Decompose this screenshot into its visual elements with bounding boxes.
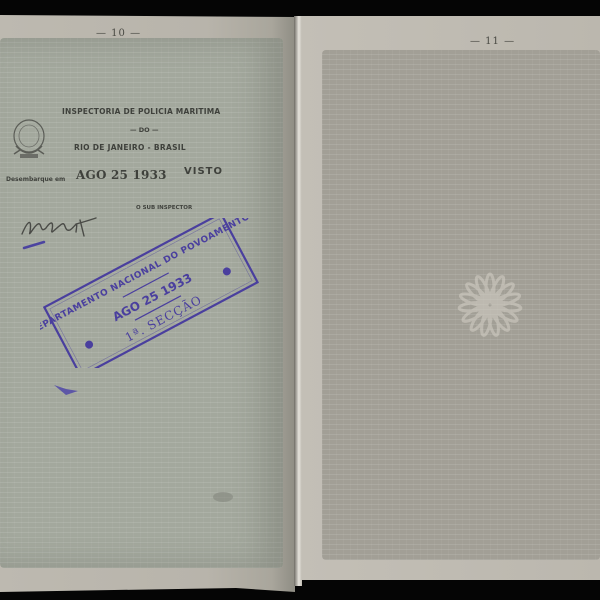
inspector-label: O SUB INSPECTOR — [136, 205, 192, 211]
police-stamp-connector: — DO — — [130, 126, 158, 134]
ink-mark — [52, 383, 82, 397]
paper-stain — [210, 490, 236, 504]
departamento-povoamento-stamp: DEPARTAMENTO NACIONAL DO POVOAMENTO AGO … — [40, 218, 260, 368]
coat-of-arms-icon — [8, 116, 50, 164]
police-stamp-date: AGO 25 1933 — [76, 168, 167, 182]
page-number-left: — 10 — — [96, 28, 141, 39]
rosette-watermark-icon — [455, 270, 525, 340]
book-spine — [294, 16, 302, 586]
police-stamp-title: INSPECTORIA DE POLICIA MARITIMA — [62, 107, 220, 116]
page-number-right: — 11 — — [470, 36, 515, 47]
visto-label: VISTO — [184, 166, 223, 177]
police-stamp-city: RIO DE JANEIRO - BRASIL — [74, 143, 186, 152]
desembarque-label: Desembarque em — [6, 176, 65, 183]
